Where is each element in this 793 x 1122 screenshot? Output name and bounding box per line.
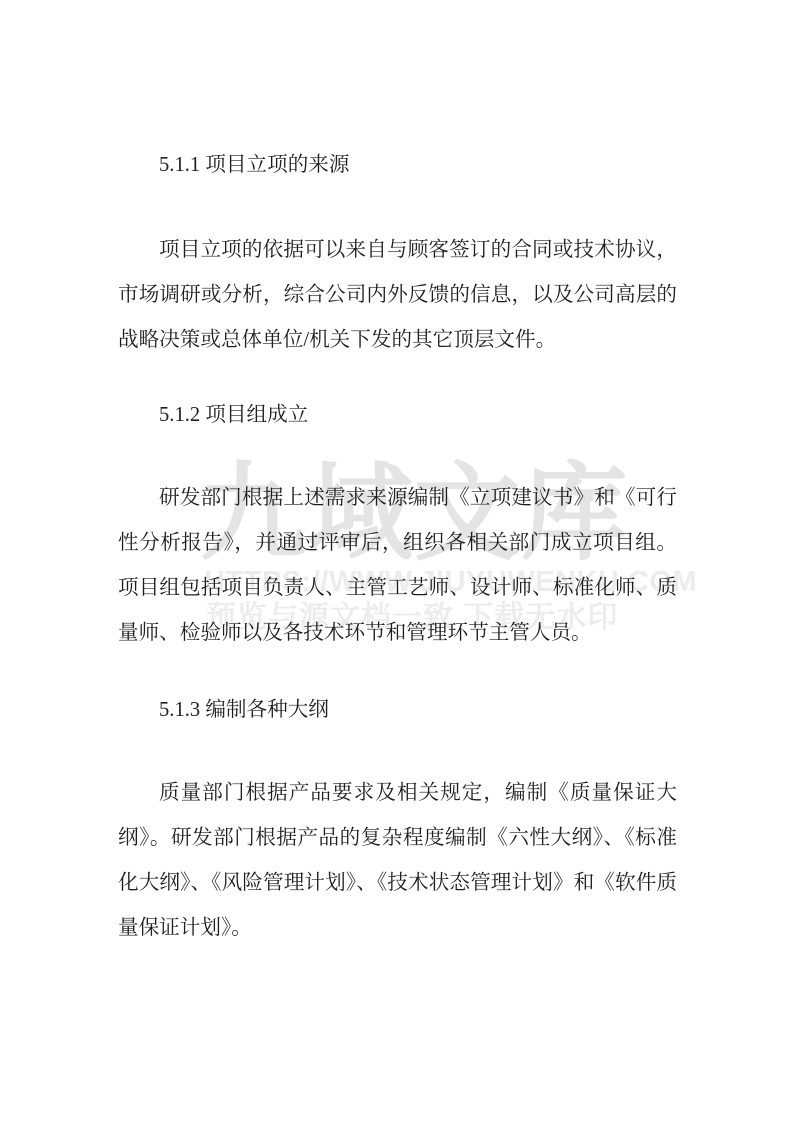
document-body: 5.1.1 项目立项的来源 项目立项的依据可以来自与顾客签订的合同或技术协议，市… <box>0 0 793 1122</box>
section-paragraph-5-1-1: 项目立项的依据可以来自与顾客签订的合同或技术协议，市场调研或分析，综合公司内外反… <box>118 228 677 363</box>
section-heading-5-1-2: 5.1.2 项目组成立 <box>118 393 677 438</box>
section-paragraph-5-1-2: 研发部门根据上述需求来源编制《立项建议书》和《可行性分析报告》，并通过评审后，组… <box>118 476 677 656</box>
section-heading-5-1-1: 5.1.1 项目立项的来源 <box>118 143 677 188</box>
section-heading-5-1-3: 5.1.3 编制各种大纲 <box>118 688 677 733</box>
section-paragraph-5-1-3: 质量部门根据产品要求及相关规定，编制《质量保证大纲》。研发部门根据产品的复杂程度… <box>118 771 677 951</box>
document-page: { "page": { "background": "#ffffff", "te… <box>0 0 793 1122</box>
